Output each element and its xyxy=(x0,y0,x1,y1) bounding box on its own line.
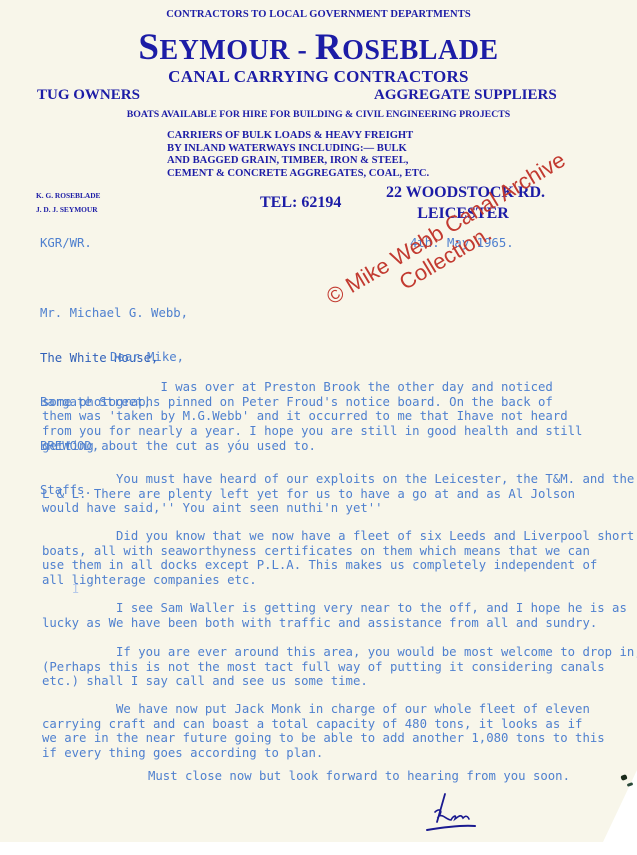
body-paragraph: If you are ever around this area, you wo… xyxy=(42,645,637,689)
aggregate-suppliers-label: AGGREGATE SUPPLIERS xyxy=(374,87,557,104)
body-paragraph: I was over at Preston Brook the other da… xyxy=(42,380,582,454)
company-name-initial-1: S xyxy=(138,27,159,68)
letter-reference: KGR/WR. xyxy=(40,236,92,251)
body-paragraph: I see Sam Waller is getting very near to… xyxy=(42,601,627,630)
partners-list: K. G. ROSEBLADE J. D. J. SEYMOUR xyxy=(36,189,100,217)
carriers-line: BY INLAND WATERWAYS INCLUDING:— BULK xyxy=(167,143,429,156)
signature-ken xyxy=(425,790,485,835)
body-paragraph: Did you know that we now have a fleet of… xyxy=(42,529,634,588)
tug-owners-label: TUG OWNERS xyxy=(37,87,140,104)
carriers-line: CARRIERS OF BULK LOADS & HEAVY FREIGHT xyxy=(167,130,429,143)
telephone-number: TEL: 62194 xyxy=(260,194,341,212)
company-name-separator: - xyxy=(290,35,315,66)
company-name-rest-2: OSEBLADE xyxy=(342,35,499,66)
letterhead-top-line: CONTRACTORS TO LOCAL GOVERNMENT DEPARTME… xyxy=(0,9,637,20)
partner-name: K. G. ROSEBLADE xyxy=(36,189,100,203)
carriers-line: CEMENT & CONCRETE AGGREGATES, COAL, ETC. xyxy=(167,168,429,181)
carriers-line: AND BAGGED GRAIN, TIMBER, IRON & STEEL, xyxy=(167,155,429,168)
closing-line: Must close now but look forward to heari… xyxy=(148,769,570,784)
boats-for-hire-line: BOATS AVAILABLE FOR HIRE FOR BUILDING & … xyxy=(0,109,637,120)
salutation: Dear Mike, xyxy=(110,350,184,365)
carriers-description: CARRIERS OF BULK LOADS & HEAVY FREIGHT B… xyxy=(167,130,429,180)
company-name: SEYMOUR - ROSEBLADE xyxy=(0,28,637,71)
stray-typewriter-mark: I xyxy=(72,582,79,597)
partner-name: J. D. J. SEYMOUR xyxy=(36,203,100,217)
body-paragraph: We have now put Jack Monk in charge of o… xyxy=(42,702,605,761)
body-paragraph: You must have heard of our exploits on t… xyxy=(42,472,634,516)
recipient-line: Mr. Michael G. Webb, xyxy=(40,306,188,321)
company-subtitle: CANAL CARRYING CONTRACTORS xyxy=(0,67,637,87)
ink-smudge xyxy=(627,782,634,787)
company-name-rest-1: EYMOUR xyxy=(159,35,290,66)
company-name-initial-2: R xyxy=(315,27,342,68)
